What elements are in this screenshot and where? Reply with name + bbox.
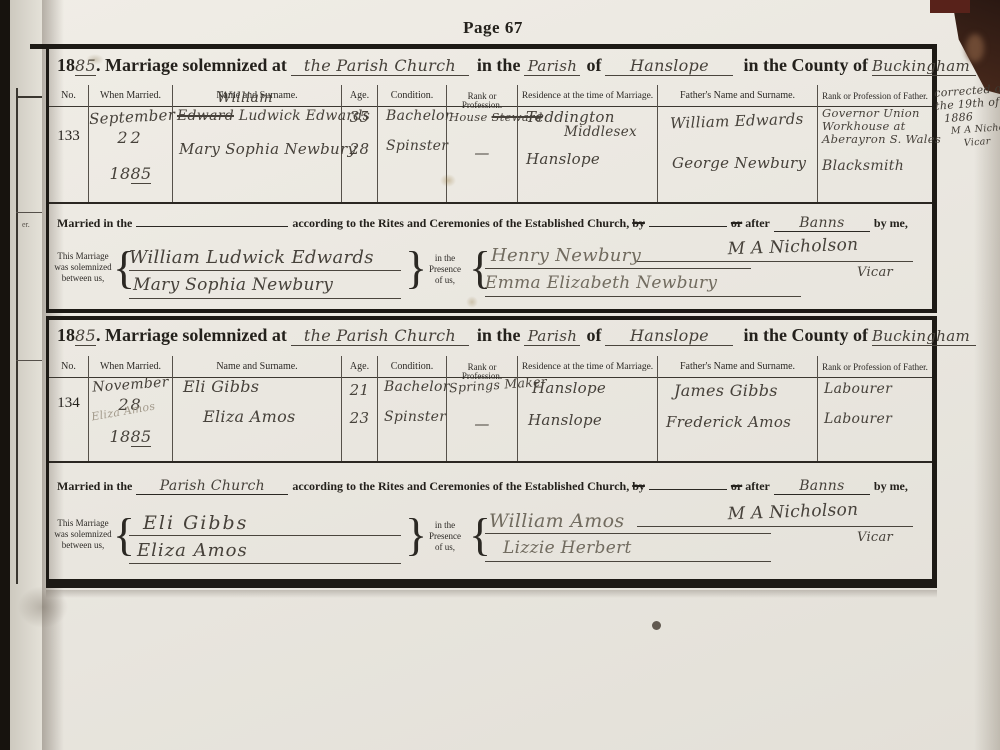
marriage-month: September [89,106,173,128]
marriage-year-pre: 18 [110,427,131,446]
bride-father-name: Frederick Amos [666,413,791,431]
presence-label: in the Presence of us, [421,253,469,286]
or-struck: or [731,479,742,494]
by-struck: by [632,479,645,494]
bride-condition: Spinster [386,138,448,154]
record-number: 133 [49,128,88,145]
page-number-text: Page 67 [463,18,523,37]
bride-signature-row: Eliza Amos [129,540,401,564]
groom-father-rank-line3: Aberayron S. Wales [822,132,941,146]
marriage-day: 22 [89,128,172,147]
col-header-rank: Rank or Profession. [447,356,518,377]
previous-page-rule [16,212,42,213]
margin-correction-note: corrected on the 19th of May 1886 M A Ni… [934,81,1000,151]
in-the-label: in the [477,55,521,76]
cell-father-ranks: Labourer Labourer [818,377,932,461]
record-row-133: 133 September 22 1885 William Edward Lud… [49,106,932,204]
cell-ranks: Springs Maker — [447,377,518,461]
page-number: Page 67 [428,18,558,38]
groom-father-rank-line2: Workhouse at [822,119,906,133]
caption-solemnized-label: . Marriage solemnized at [96,55,287,76]
groom-rank-prefix: House [449,110,488,124]
col-header-condition: Condition. [378,356,447,377]
witness1-row: Henry Newbury [485,245,751,269]
groom-name-inserted: William [217,90,273,106]
married-in-blank [136,226,288,227]
col-header-father-rank: Rank or Profession of Father. [818,85,932,106]
groom-name: Eli Gibbs [183,377,259,396]
marriage-year-post: 85 [131,164,152,184]
col-header-name: Name and Surname. [173,356,342,377]
groom-signature-row: Eli Gibbs [129,512,401,536]
witness2-row: Emma Elizabeth Newbury [485,273,801,297]
previous-page-rule [16,360,42,361]
bride-age: 28 [342,140,377,158]
groom-condition: Bachelor [386,108,452,124]
marriage-year: 1885 [89,164,172,183]
book-binding-left [0,0,10,750]
married-in-handwritten: Parish Church [136,478,288,495]
record-number: 134 [49,395,88,412]
officiant-title: Vicar [857,530,893,545]
marriage-entry-133: 1885. Marriage solemnized at the Parish … [46,44,937,313]
bride-name: Eliza Amos [203,407,296,426]
bride-signature: Eliza Amos [137,540,248,561]
by-me-label: by me, [874,479,908,494]
table-header-row: No. When Married. Name and Surname. Age.… [49,85,932,107]
married-in-label: Married in the [57,216,132,231]
married-in-line: Married in the Parish Church according t… [57,478,908,495]
after-label: after [745,216,770,231]
col-header-residence: Residence at the time of Marriage. [518,85,658,106]
bride-age: 23 [342,409,377,427]
cell-fathers: William Edwards George Newbury [658,106,818,202]
marriage-year-post: 85 [131,427,152,447]
bride-name: Mary Sophia Newbury [179,140,356,158]
marriage-month: November [89,374,173,396]
col-header-rank: Rank or Profession. [447,85,518,106]
col-header-when-married: When Married. [89,85,173,106]
col-header-no: No. [49,85,89,106]
paper-stain [466,296,478,308]
caption-solemnized-label: . Marriage solemnized at [96,325,287,346]
col-header-father: Father's Name and Surname. [658,356,818,377]
entry-caption: 1885. Marriage solemnized at the Parish … [57,325,976,346]
cell-father-ranks: Governor Union Workhouse at Aberayron S.… [818,106,932,202]
year-printed: 18 [57,325,75,346]
parish-word-handwritten: Parish [524,57,580,76]
groom-father-rank: Labourer [824,381,892,397]
bride-residence: Hanslope [528,411,602,429]
cell-ranks: House Steward — [447,106,518,202]
witness1-signature: William Amos [489,510,624,532]
cell-ages: 21 23 [342,377,378,461]
groom-name-struck: Edward [177,108,234,124]
county-handwritten: Buckingham [872,327,976,346]
groom-age: 35 [342,108,377,126]
bride-rank: — [447,415,517,433]
parish-name-handwritten: Hanslope [605,56,733,76]
bride-condition: Spinster [384,409,446,425]
col-header-father: Father's Name and Surname. [658,85,818,106]
year-handwritten: 85 [75,326,96,346]
witness1-signature: Henry Newbury [491,245,641,266]
banns-handwritten: Banns [774,478,870,495]
table-header-row: No. When Married. Name and Surname. Age.… [49,356,932,378]
of-label: of [586,55,601,76]
groom-signature: Eli Gibbs [143,512,248,534]
cell-when-married: September 22 1885 [89,106,173,202]
register-photo: er. Page 67 1885. Marriage solemnized at… [0,0,1000,750]
county-label: in the County of [743,325,868,346]
year-printed: 18 [57,55,75,76]
banns-handwritten: Banns [774,215,870,232]
groom-condition: Bachelor [384,379,450,395]
county-label: in the County of [743,55,868,76]
previous-page-edge: er. [10,0,42,750]
previous-page-text-fragment: er. [22,220,30,229]
this-marriage-label: This Marriage was solemnized between us, [51,518,115,551]
cell-residences: Hanslope Hanslope [518,377,658,461]
by-blank [649,226,727,227]
ink-speck [652,621,661,630]
cell-conditions: Bachelor Spinster [378,106,447,202]
cell-names: Eli Gibbs Eliza Amos [173,377,342,461]
form-bottom-shadow [46,590,937,598]
of-label: of [586,325,601,346]
groom-residence-line2: Middlesex [564,124,637,140]
married-in-line: Married in the according to the Rites an… [57,215,908,232]
presence-label: in the Presence of us, [421,520,469,553]
col-header-father-rank: Rank or Profession of Father. [818,356,932,377]
groom-father-name: James Gibbs [674,381,778,400]
groom-signature: William Ludwick Edwards [129,247,374,268]
col-header-age: Age. [342,85,378,106]
parish-name-handwritten: Hanslope [605,326,733,346]
bride-father-name: George Newbury [672,154,806,172]
cover-red-edge [930,0,970,13]
marriage-year-pre: 18 [110,164,131,183]
according-label: according to the Rites and Ceremonies of… [292,479,629,494]
cell-names: William Edward Ludwick Edwards Mary Soph… [173,106,342,202]
paper-stain [86,54,104,65]
cell-fathers: James Gibbs Frederick Amos [658,377,818,461]
corner-smudge [18,586,68,628]
parish-word-handwritten: Parish [524,327,580,346]
cell-no: 134 [49,377,89,461]
cell-conditions: Bachelor Spinster [378,377,447,461]
marriage-year: 1885 [89,427,172,446]
groom-age: 21 [342,381,377,399]
cell-ages: 35 28 [342,106,378,202]
by-me-label: by me, [874,216,908,231]
previous-page-border [16,88,18,584]
entry-caption: 1885. Marriage solemnized at the Parish … [57,55,976,76]
bride-father-rank: Labourer [824,411,892,427]
witness2-signature: Lizzie Herbert [503,538,632,558]
bride-signature: Mary Sophia Newbury [133,275,333,295]
groom-father-name: William Edwards [670,110,804,133]
bride-signature-row: Mary Sophia Newbury [129,275,401,299]
bride-residence: Hanslope [526,150,600,168]
col-header-no: No. [49,356,89,377]
groom-signature-row: William Ludwick Edwards [129,247,401,271]
cell-no: 133 [49,106,89,202]
previous-page-rule [16,96,42,98]
in-the-label: in the [477,325,521,346]
groom-rank-struck: Steward [492,110,543,124]
groom-father-rank-line1: Governor Union [822,106,920,120]
cell-when-married: November 28 Eliza Amos 1885 [89,377,173,461]
paper-stain [440,174,456,187]
church-handwritten: the Parish Church [291,56,469,76]
col-header-age: Age. [342,356,378,377]
record-row-134: 134 November 28 Eliza Amos 1885 Eli Gibb… [49,377,932,463]
bride-rank: — [447,144,517,162]
witness2-row: Lizzie Herbert [485,538,771,562]
groom-rank: House Steward [449,110,543,124]
col-header-condition: Condition. [378,85,447,106]
this-marriage-label: This Marriage was solemnized between us, [51,251,115,284]
by-blank [649,489,727,490]
married-in-label: Married in the [57,479,132,494]
according-label: according to the Rites and Ceremonies of… [292,216,629,231]
bride-father-rank: Blacksmith [822,158,904,174]
witness1-row: William Amos [485,510,771,534]
after-label: after [745,479,770,494]
or-struck: or [731,216,742,231]
county-handwritten: Buckingham [872,57,976,76]
marriage-entry-134: 1885. Marriage solemnized at the Parish … [46,316,937,588]
by-struck: by [632,216,645,231]
witness2-signature: Emma Elizabeth Newbury [485,273,717,293]
officiant-title: Vicar [857,265,893,280]
church-handwritten: the Parish Church [291,326,469,346]
